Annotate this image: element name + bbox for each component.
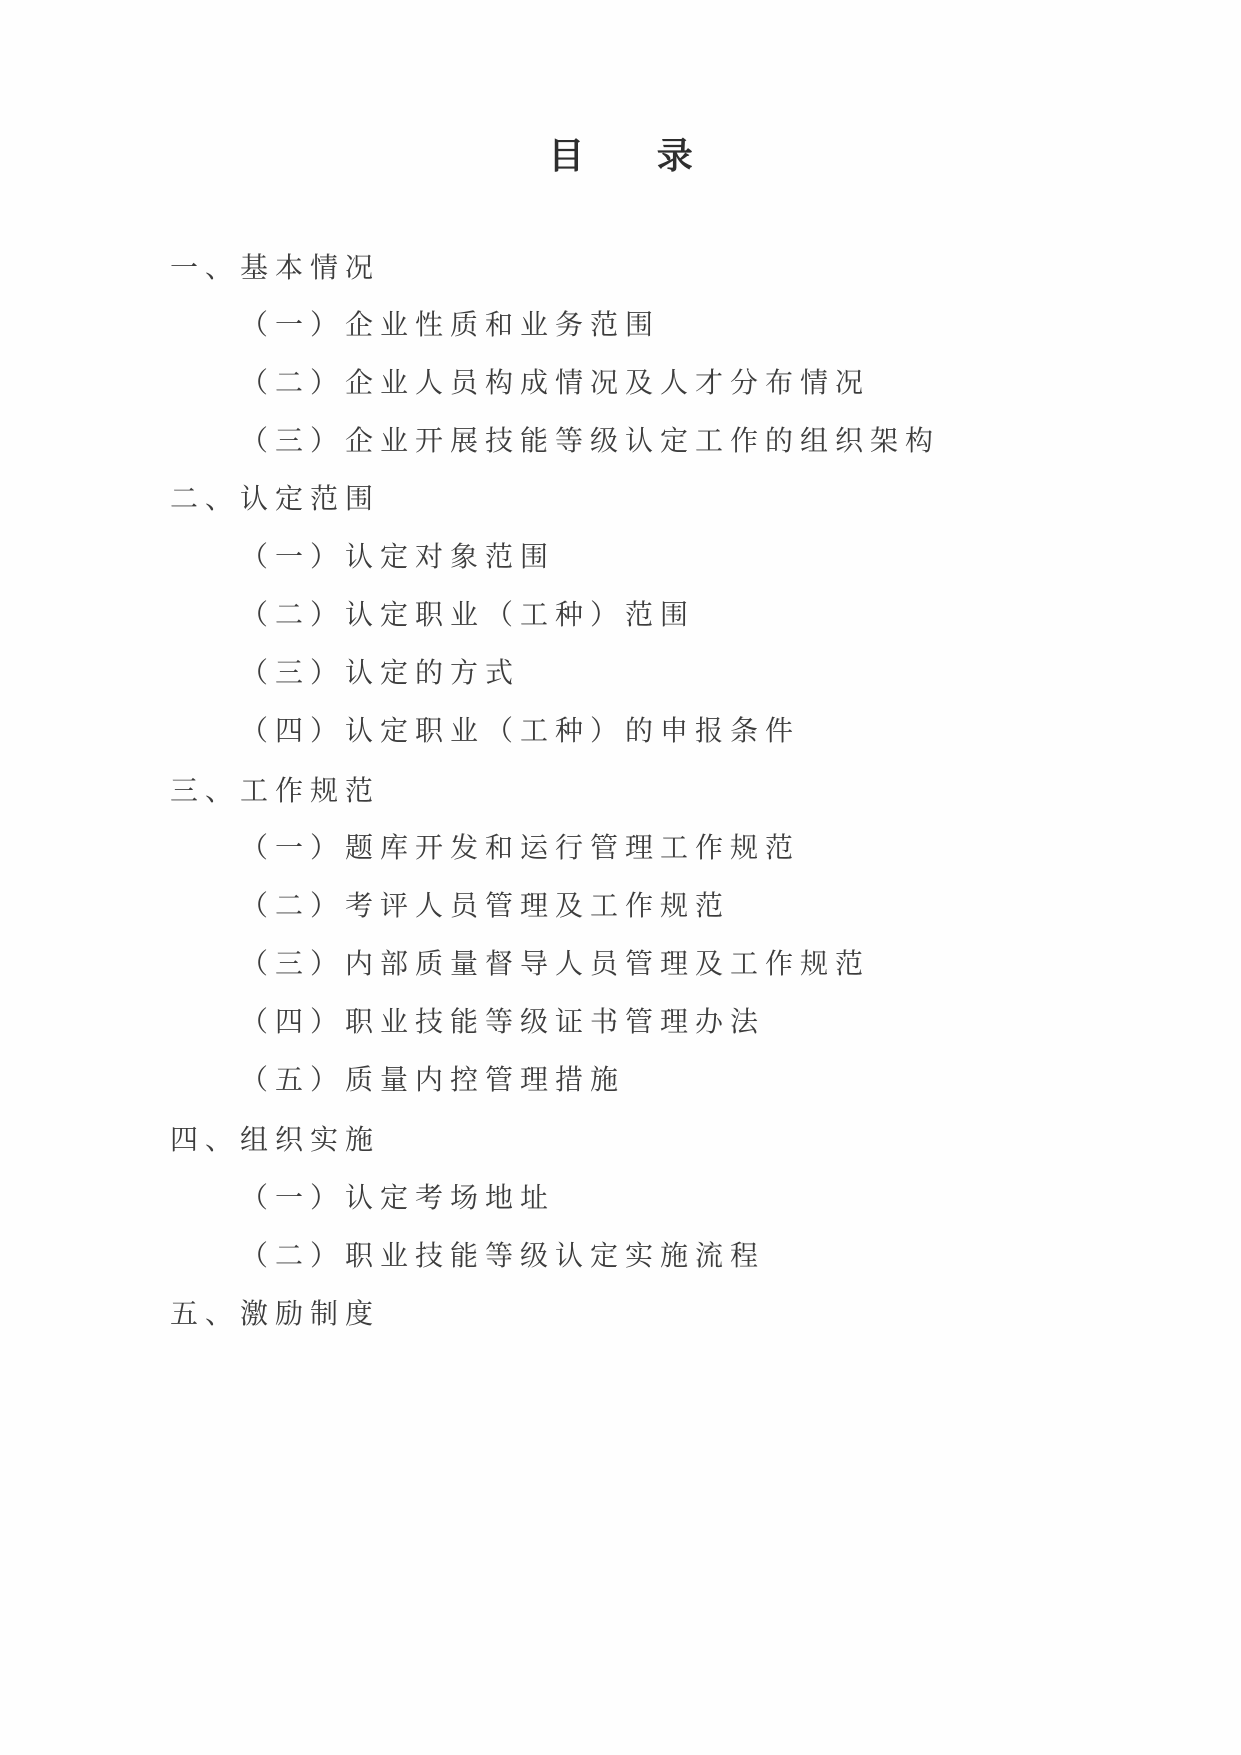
toc-text: 企业开展技能等级认定工作的组织架构 <box>345 424 940 457</box>
toc-number: （四） <box>240 1005 345 1038</box>
toc-subsection[interactable]: （二）考评人员管理及工作规范 <box>240 888 730 924</box>
toc-number: （四） <box>240 714 345 747</box>
toc-number: 四、 <box>170 1123 240 1156</box>
toc-text: 认定范围 <box>240 482 380 515</box>
toc-subsection[interactable]: （三）认定的方式 <box>240 655 520 691</box>
toc-text: 认定职业（工种）范围 <box>345 598 695 631</box>
toc-number: 三、 <box>170 774 240 807</box>
toc-subsection[interactable]: （三）内部质量督导人员管理及工作规范 <box>240 946 870 982</box>
toc-section-3[interactable]: 三、工作规范 <box>170 773 380 809</box>
toc-number: 二、 <box>170 482 240 515</box>
toc-text: 认定对象范围 <box>345 540 555 573</box>
toc-subsection[interactable]: （二）企业人员构成情况及人才分布情况 <box>240 365 870 401</box>
toc-number: （二） <box>240 889 345 922</box>
toc-subsection[interactable]: （五）质量内控管理措施 <box>240 1062 625 1098</box>
toc-section-1[interactable]: 一、基本情况 <box>170 250 380 286</box>
toc-number: （二） <box>240 598 345 631</box>
toc-subsection[interactable]: （二）认定职业（工种）范围 <box>240 597 695 633</box>
toc-number: （三） <box>240 656 345 689</box>
toc-section-5[interactable]: 五、激励制度 <box>170 1296 380 1332</box>
toc-number: （一） <box>240 540 345 573</box>
toc-text: 认定职业（工种）的申报条件 <box>345 714 800 747</box>
toc-section-4[interactable]: 四、组织实施 <box>170 1122 380 1158</box>
toc-text: 企业性质和业务范围 <box>345 308 660 341</box>
toc-subsection[interactable]: （三）企业开展技能等级认定工作的组织架构 <box>240 423 940 459</box>
toc-number: （一） <box>240 308 345 341</box>
toc-text: 基本情况 <box>240 251 380 284</box>
toc-subsection[interactable]: （一）认定对象范围 <box>240 539 555 575</box>
toc-text: 企业人员构成情况及人才分布情况 <box>345 366 870 399</box>
toc-number: 一、 <box>170 251 240 284</box>
toc-text: 组织实施 <box>240 1123 380 1156</box>
toc-text: 质量内控管理措施 <box>345 1063 625 1096</box>
toc-subsection[interactable]: （一）企业性质和业务范围 <box>240 307 660 343</box>
toc-subsection[interactable]: （一）认定考场地址 <box>240 1180 555 1216</box>
toc-text: 认定考场地址 <box>345 1181 555 1214</box>
toc-number: （二） <box>240 366 345 399</box>
toc-number: （三） <box>240 424 345 457</box>
toc-subsection[interactable]: （四）认定职业（工种）的申报条件 <box>240 713 800 749</box>
toc-section-2[interactable]: 二、认定范围 <box>170 481 380 517</box>
document-page: 目 录 一、基本情况 （一）企业性质和业务范围 （二）企业人员构成情况及人才分布… <box>0 0 1241 1755</box>
toc-number: （一） <box>240 831 345 864</box>
toc-number: （五） <box>240 1063 345 1096</box>
toc-text: 认定的方式 <box>345 656 520 689</box>
toc-number: 五、 <box>170 1297 240 1330</box>
toc-text: 工作规范 <box>240 774 380 807</box>
toc-text: 考评人员管理及工作规范 <box>345 889 730 922</box>
toc-text: 题库开发和运行管理工作规范 <box>345 831 800 864</box>
page-title: 目 录 <box>0 128 1241 179</box>
toc-text: 内部质量督导人员管理及工作规范 <box>345 947 870 980</box>
toc-number: （一） <box>240 1181 345 1214</box>
toc-text: 激励制度 <box>240 1297 380 1330</box>
toc-number: （三） <box>240 947 345 980</box>
toc-text: 职业技能等级证书管理办法 <box>345 1005 765 1038</box>
toc-subsection[interactable]: （一）题库开发和运行管理工作规范 <box>240 830 800 866</box>
toc-subsection[interactable]: （二）职业技能等级认定实施流程 <box>240 1238 765 1274</box>
toc-text: 职业技能等级认定实施流程 <box>345 1239 765 1272</box>
toc-subsection[interactable]: （四）职业技能等级证书管理办法 <box>240 1004 765 1040</box>
toc-number: （二） <box>240 1239 345 1272</box>
